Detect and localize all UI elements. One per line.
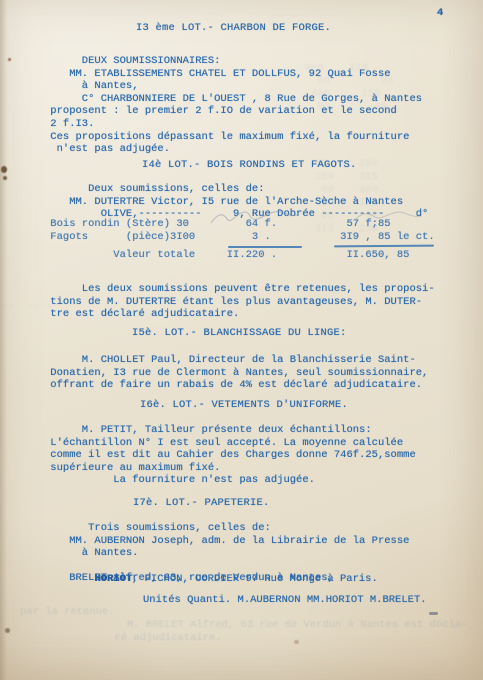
page-number: 4 xyxy=(437,7,443,20)
bleed-through-text: par la retenue. M. BRELET Alfred, 63 rue… xyxy=(20,606,467,645)
lot17-title: I7è. LOT.- PAPETERIE. xyxy=(133,497,270,510)
lot13-title: I3 ème LOT.- CHARBON DE FORGE. xyxy=(136,22,331,35)
lot17-body-top: Trois soumissions, celles de: MM. AUBERN… xyxy=(44,522,409,560)
lot15-body: M. CHOLLET Paul, Directeur de la Blanchi… xyxy=(44,354,428,392)
recap-line: Unités Quanti. M.AUBERNON MM.HORIOT M.BR… xyxy=(143,594,427,607)
total-rule xyxy=(228,246,302,248)
lot14-title: I4è LOT.- BOIS RONDINS ET FAGOTS. xyxy=(142,159,357,172)
total-rule xyxy=(334,245,434,248)
paper-stain xyxy=(1,166,7,173)
paper-stain xyxy=(8,58,11,61)
lot14-table: Bois rondin (Stère) 30 64 f. 57 f;85 Fag… xyxy=(44,218,435,243)
lot17-body-bottom: BRELET Alfred, 63, rue de Verdun à Nante… xyxy=(44,572,334,585)
paper-stain xyxy=(5,628,10,633)
lot16-body: M. PETIT, Tailleur présente deux échanti… xyxy=(44,424,416,487)
lot15-title: I5è. LOT.- BLANCHISSAGE DU LINGE: xyxy=(132,327,347,340)
lot14-intro: Deux soumissions, celles de: MM. DUTERTR… xyxy=(44,183,428,221)
lot14-conclusion: Les deux soumissions peuvent être retenu… xyxy=(44,283,435,321)
document-page: 900 I20 60 28 400 I50 95 45 55 I00 250 3… xyxy=(0,0,483,680)
paper-stain xyxy=(3,176,7,180)
lot14-total-row: Valeur totale II.220 . II.650, 85 xyxy=(44,249,409,262)
lot13-body: DEUX SOUMISSIONNAIRES: MM. ETABLISSEMENT… xyxy=(44,55,422,156)
lot16-title: I6è. LOT.- VETEMENTS D'UNIFORME. xyxy=(140,399,348,412)
